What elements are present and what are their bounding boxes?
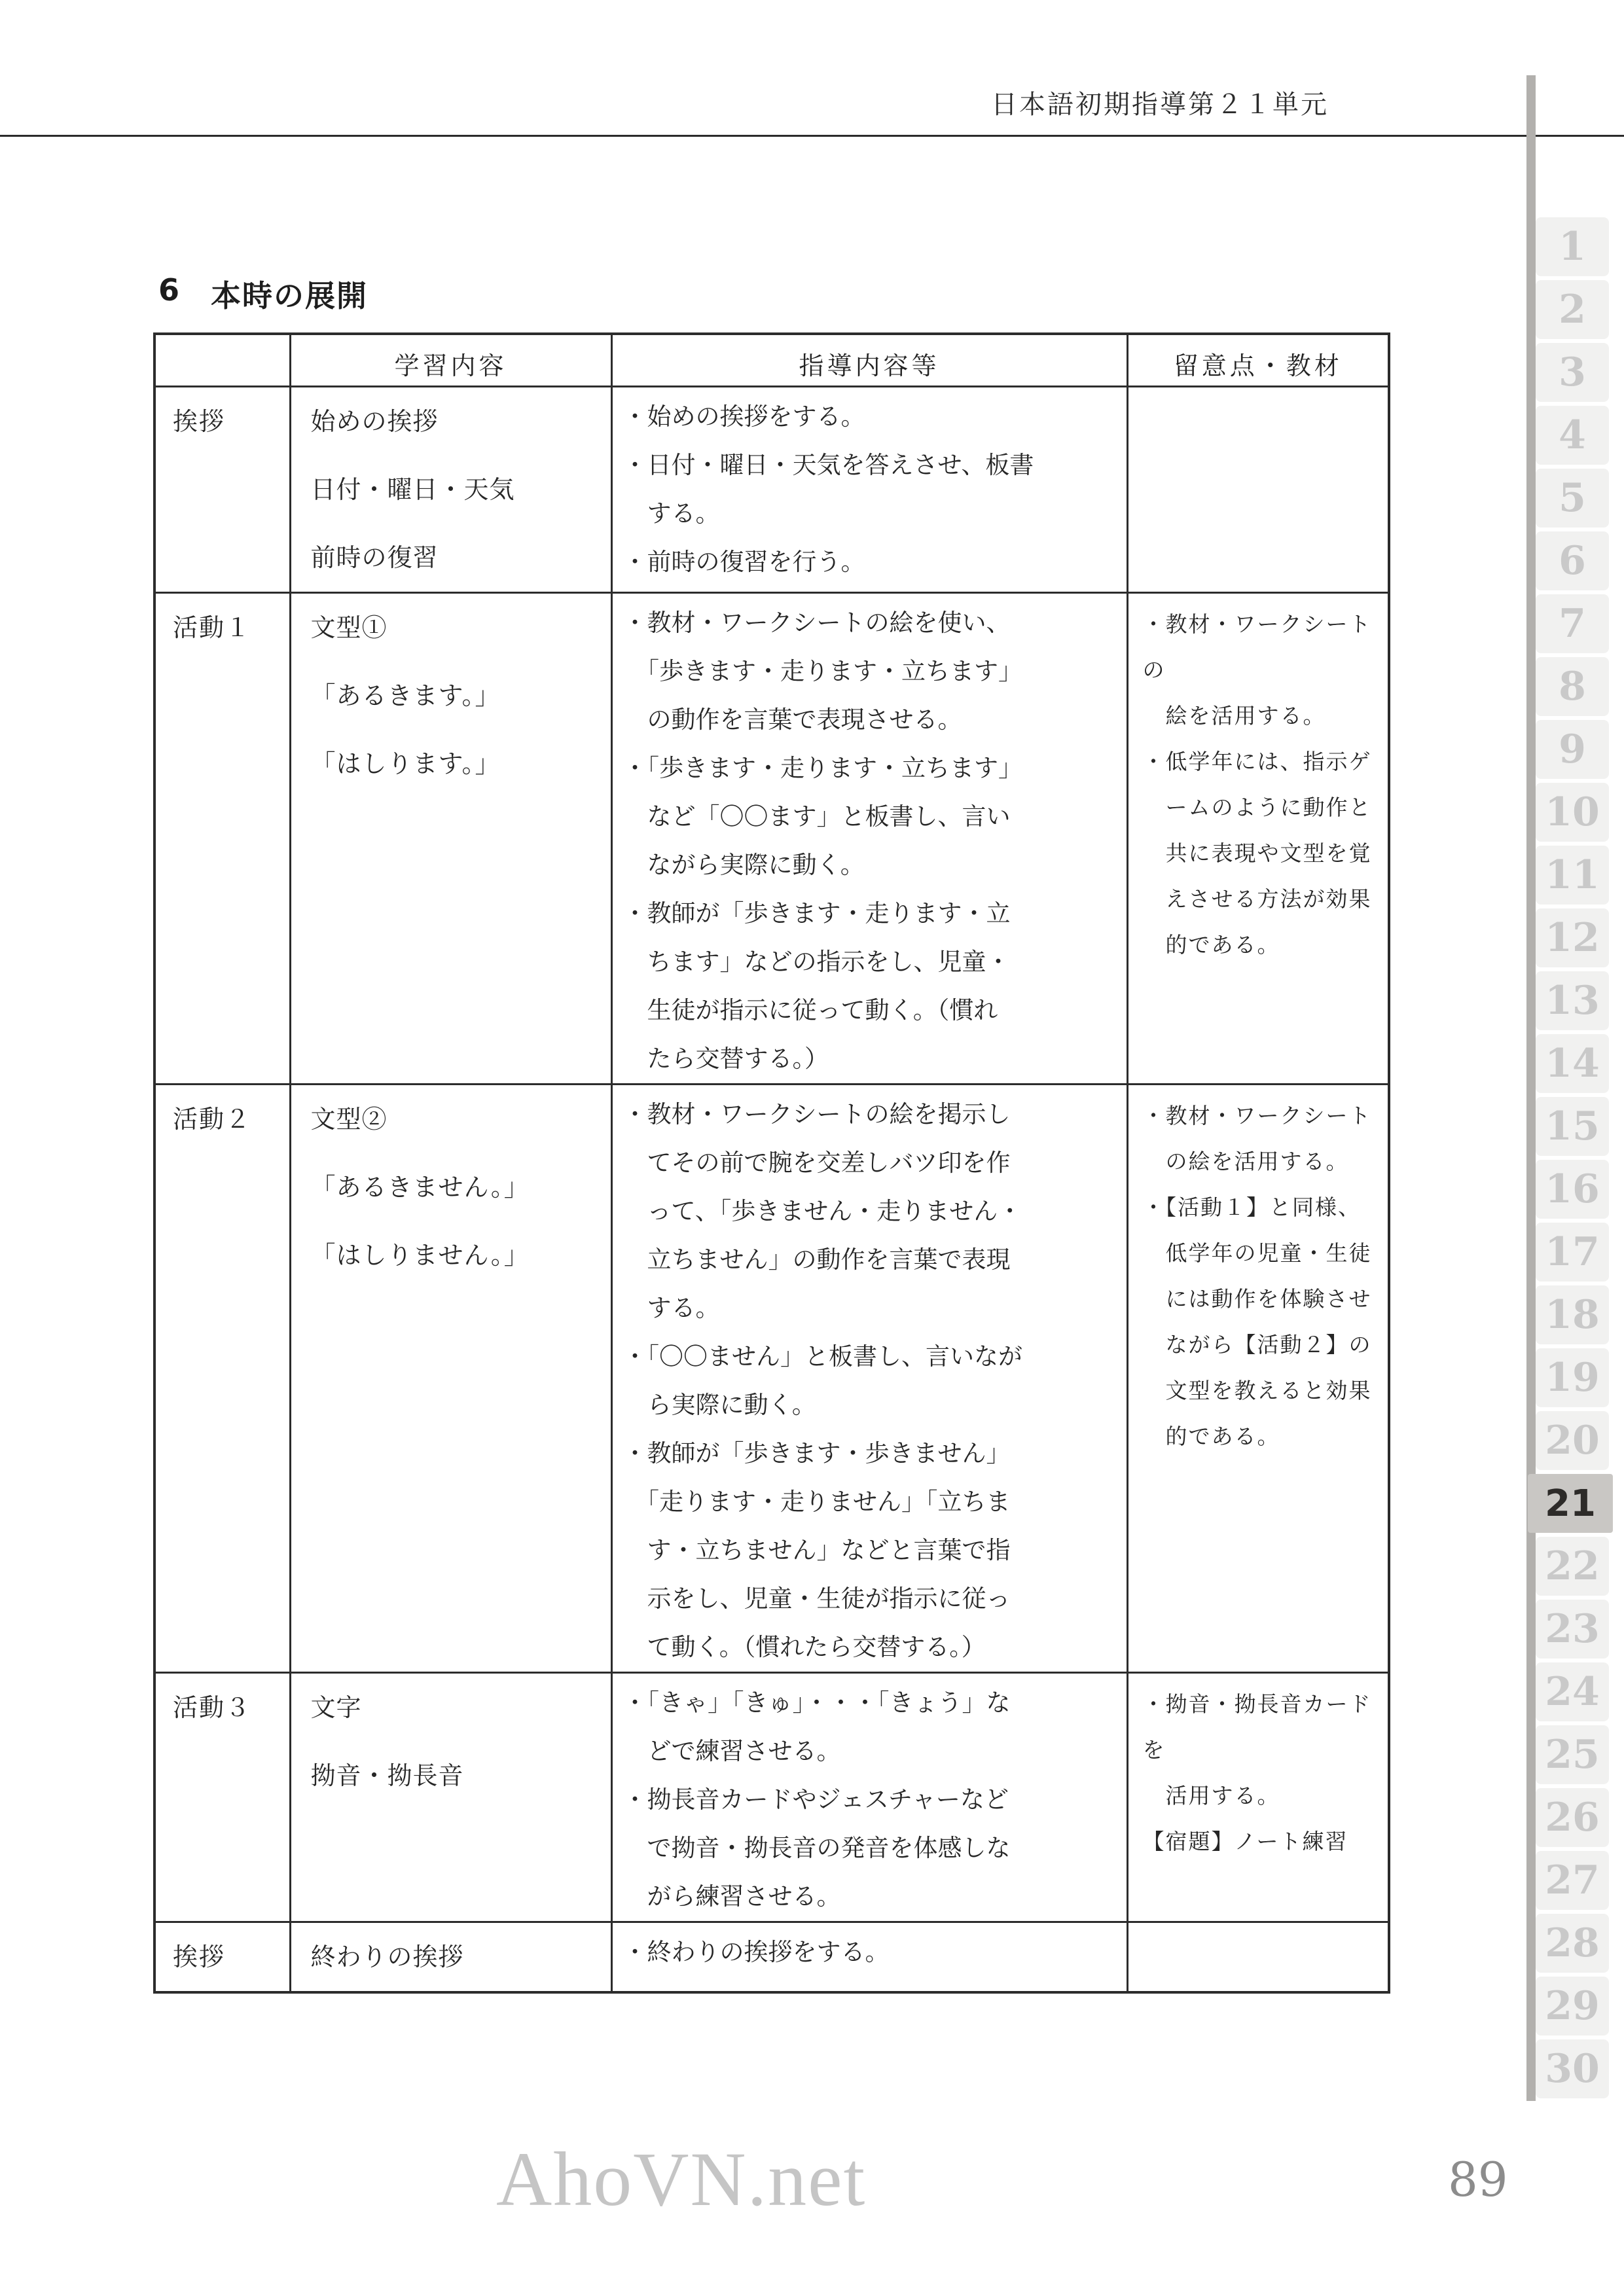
stage-cell: 活動３ xyxy=(154,1672,290,1922)
instruction-line: ・教材・ワークシートの絵を掲示し xyxy=(623,1090,1127,1139)
instruction-line: て動く。（慣れたら交替する。） xyxy=(623,1623,1127,1672)
instruction-line: ・教師が「歩きます・走ります・立 xyxy=(623,889,1127,938)
learning-line: 拗音・拗長音 xyxy=(311,1742,611,1810)
unit-number: 24 xyxy=(1536,1662,1609,1721)
instruction-line: ・教師が「歩きます・歩きません」 xyxy=(623,1429,1127,1478)
learning-line: 前時の復習 xyxy=(311,524,611,592)
notes-line: 絵を活用する。 xyxy=(1143,693,1388,739)
notes-line: 的である。 xyxy=(1143,1414,1388,1460)
unit-number: 3 xyxy=(1536,343,1609,402)
instruction-line: ら実際に動く。 xyxy=(623,1381,1127,1429)
learning-line: 文字 xyxy=(311,1674,611,1742)
column-header: 留意点・教材 xyxy=(1127,334,1389,386)
instruction-line: す・立ちません」などと言葉で指 xyxy=(623,1526,1127,1575)
unit-number: 28 xyxy=(1536,1914,1609,1973)
unit-number: 29 xyxy=(1536,1977,1609,2036)
unit-number: 14 xyxy=(1536,1034,1609,1093)
notes-line: 共に表現や文型を覚 xyxy=(1143,831,1388,876)
instruction-line: ・「歩きます・走ります・立ちます」 xyxy=(623,744,1127,793)
table-row: 活動３文字拗音・拗長音・「きゃ」「きゅ」・・・「きょう」な どで練習させる。・拗… xyxy=(154,1672,1389,1922)
instruction-line: ながら実際に動く。 xyxy=(623,841,1127,889)
learning-line: 「はしりません。」 xyxy=(311,1221,611,1289)
unit-number: 17 xyxy=(1536,1223,1609,1282)
notes-cell xyxy=(1127,1922,1389,1992)
instruction-line: で拗音・拗長音の発音を体感しな xyxy=(623,1824,1127,1873)
section-title-text: 本時の展開 xyxy=(211,272,368,315)
instruction-cell: ・終わりの挨拶をする。 xyxy=(611,1922,1127,1992)
notes-line: ームのように動作と xyxy=(1143,785,1388,831)
learning-cell: 終わりの挨拶 xyxy=(290,1922,611,1992)
unit-number: 16 xyxy=(1536,1160,1609,1219)
notes-cell: ・教材・ワークシートの 絵を活用する。・低学年には、指示ゲ ームのように動作と … xyxy=(1127,592,1389,1084)
stage-cell: 活動１ xyxy=(154,592,290,1084)
table-row: 挨拶終わりの挨拶・終わりの挨拶をする。 xyxy=(154,1922,1389,1992)
notes-cell xyxy=(1127,386,1389,592)
instruction-line: 「走ります・走りません」「立ちま xyxy=(623,1478,1127,1526)
unit-number: 12 xyxy=(1536,908,1609,967)
column-header: 指導内容等 xyxy=(611,334,1127,386)
stage-line: 活動１ xyxy=(173,594,289,662)
unit-number: 23 xyxy=(1536,1600,1609,1659)
unit-number: 18 xyxy=(1536,1285,1609,1344)
notes-line: ・拗音・拗長音カードを xyxy=(1143,1681,1388,1773)
instruction-line: ・終わりの挨拶をする。 xyxy=(623,1928,1127,1977)
learning-cell: 文型①「あるきます。」「はしります。」 xyxy=(290,592,611,1084)
section-title: 6 本時の展開 xyxy=(158,272,368,315)
learning-line: 終わりの挨拶 xyxy=(311,1923,611,1991)
instruction-line: ・前時の復習を行う。 xyxy=(623,538,1127,586)
instruction-line: どで練習させる。 xyxy=(623,1727,1127,1776)
unit-number: 1 xyxy=(1536,217,1609,276)
notes-line: の絵を活用する。 xyxy=(1143,1139,1388,1185)
unit-number: 20 xyxy=(1536,1411,1609,1470)
stage-cell: 活動２ xyxy=(154,1084,290,1672)
header-note: 日本語初期指導第２１単元 xyxy=(991,84,1329,121)
learning-line: 文型① xyxy=(311,594,611,662)
learning-line: 「あるきません。」 xyxy=(311,1153,611,1221)
stage-cell: 挨拶 xyxy=(154,1922,290,1992)
unit-number: 7 xyxy=(1536,594,1609,653)
notes-line: ・低学年には、指示ゲ xyxy=(1143,739,1388,785)
header-rule xyxy=(0,135,1624,137)
unit-number: 11 xyxy=(1536,846,1609,905)
stage-cell: 挨拶 xyxy=(154,386,290,592)
unit-number: 10 xyxy=(1536,783,1609,842)
learning-cell: 文型②「あるきません。」「はしりません。」 xyxy=(290,1084,611,1672)
instruction-line: ・日付・曜日・天気を答えさせ、板書 xyxy=(623,441,1127,490)
instruction-line: ・「きゃ」「きゅ」・・・「きょう」な xyxy=(623,1679,1127,1727)
section-number: 6 xyxy=(158,272,181,315)
notes-line: 的である。 xyxy=(1143,922,1388,968)
sidebar-rail xyxy=(1526,75,1536,2101)
instruction-line: って、「歩きません・走りません・ xyxy=(623,1187,1127,1236)
lesson-plan-table: 学習内容指導内容等留意点・教材 挨拶始めの挨拶日付・曜日・天気前時の復習・始めの… xyxy=(153,332,1390,1994)
instruction-line: など「〇〇ます」と板書し、言い xyxy=(623,793,1127,841)
instruction-line: ・教材・ワークシートの絵を使い、 xyxy=(623,599,1127,647)
unit-number: 13 xyxy=(1536,971,1609,1030)
instruction-line: の動作を言葉で表現させる。 xyxy=(623,696,1127,744)
instruction-cell: ・教材・ワークシートの絵を掲示し てその前で腕を交差しバツ印を作 って、「歩きま… xyxy=(611,1084,1127,1672)
learning-line: 始めの挨拶 xyxy=(311,387,611,456)
instruction-line: ・拗長音カードやジェスチャーなど xyxy=(623,1776,1127,1824)
notes-line: ながら【活動２】の xyxy=(1143,1322,1388,1368)
table-row: 挨拶始めの挨拶日付・曜日・天気前時の復習・始めの挨拶をする。・日付・曜日・天気を… xyxy=(154,386,1389,592)
stage-line: 挨拶 xyxy=(173,387,289,456)
stage-line: 活動３ xyxy=(173,1674,289,1742)
unit-number: 25 xyxy=(1536,1725,1609,1784)
instruction-line: する。 xyxy=(623,490,1127,538)
learning-cell: 文字拗音・拗長音 xyxy=(290,1672,611,1922)
watermark: AhoVN.net xyxy=(496,2135,866,2224)
instruction-line: 立ちません」の動作を言葉で表現 xyxy=(623,1236,1127,1284)
instruction-line: がら練習させる。 xyxy=(623,1873,1127,1921)
notes-cell: ・教材・ワークシート の絵を活用する。・【活動１】と同様、 低学年の児童・生徒 … xyxy=(1127,1084,1389,1672)
notes-line: 低学年の児童・生徒 xyxy=(1143,1230,1388,1276)
instruction-cell: ・教材・ワークシートの絵を使い、 「歩きます・走ります・立ちます」 の動作を言葉… xyxy=(611,592,1127,1084)
stage-line: 挨拶 xyxy=(173,1923,289,1991)
instruction-line: ・始めの挨拶をする。 xyxy=(623,393,1127,441)
unit-number: 6 xyxy=(1536,531,1609,590)
unit-number-current: 21 xyxy=(1528,1474,1613,1533)
notes-line: 文型を教えると効果 xyxy=(1143,1368,1388,1414)
instruction-line: 「歩きます・走ります・立ちます」 xyxy=(623,647,1127,696)
instruction-line: ちます」などの指示をし、児童・ xyxy=(623,938,1127,986)
unit-number: 4 xyxy=(1536,406,1609,465)
unit-number: 19 xyxy=(1536,1348,1609,1407)
unit-number: 26 xyxy=(1536,1788,1609,1847)
learning-line: 文型② xyxy=(311,1085,611,1153)
notes-line: 【宿題】ノート練習 xyxy=(1143,1819,1388,1865)
learning-line: 「はしります。」 xyxy=(311,730,611,798)
learning-line: 「あるきます。」 xyxy=(311,662,611,730)
notes-line: には動作を体験させ xyxy=(1143,1276,1388,1322)
table-row: 活動１文型①「あるきます。」「はしります。」・教材・ワークシートの絵を使い、 「… xyxy=(154,592,1389,1084)
instruction-cell: ・始めの挨拶をする。・日付・曜日・天気を答えさせ、板書 する。・前時の復習を行う… xyxy=(611,386,1127,592)
instruction-line: たら交替する。） xyxy=(623,1035,1127,1083)
instruction-cell: ・「きゃ」「きゅ」・・・「きょう」な どで練習させる。・拗長音カードやジェスチャ… xyxy=(611,1672,1127,1922)
instruction-line: 生徒が指示に従って動く。（慣れ xyxy=(623,986,1127,1035)
instruction-line: する。 xyxy=(623,1284,1127,1333)
notes-line: 活用する。 xyxy=(1143,1773,1388,1819)
instruction-line: 示をし、児童・生徒が指示に従っ xyxy=(623,1575,1127,1623)
unit-number: 30 xyxy=(1536,2039,1609,2098)
notes-line: ・【活動１】と同様、 xyxy=(1143,1185,1388,1230)
instruction-line: ・「〇〇ません」と板書し、言いなが xyxy=(623,1333,1127,1381)
unit-number: 22 xyxy=(1536,1537,1609,1596)
unit-number: 9 xyxy=(1536,720,1609,779)
notes-line: ・教材・ワークシート xyxy=(1143,1093,1388,1139)
unit-number-sidebar: 1234567891011121314151617181920212223242… xyxy=(1536,217,1609,2102)
unit-number: 15 xyxy=(1536,1097,1609,1156)
learning-cell: 始めの挨拶日付・曜日・天気前時の復習 xyxy=(290,386,611,592)
instruction-line: てその前で腕を交差しバツ印を作 xyxy=(623,1139,1127,1187)
table-row: 活動２文型②「あるきません。」「はしりません。」・教材・ワークシートの絵を掲示し… xyxy=(154,1084,1389,1672)
column-header xyxy=(154,334,290,386)
learning-line: 日付・曜日・天気 xyxy=(311,456,611,524)
unit-number: 2 xyxy=(1536,280,1609,339)
stage-line: 活動２ xyxy=(173,1085,289,1153)
unit-number: 8 xyxy=(1536,657,1609,716)
page-number: 89 xyxy=(1448,2152,1508,2207)
unit-number: 5 xyxy=(1536,469,1609,528)
notes-line: ・教材・ワークシートの xyxy=(1143,601,1388,693)
column-header: 学習内容 xyxy=(290,334,611,386)
notes-line: えさせる方法が効果 xyxy=(1143,876,1388,922)
notes-cell: ・拗音・拗長音カードを 活用する。【宿題】ノート練習 xyxy=(1127,1672,1389,1922)
table-header-row: 学習内容指導内容等留意点・教材 xyxy=(154,334,1389,386)
unit-number: 27 xyxy=(1536,1851,1609,1910)
